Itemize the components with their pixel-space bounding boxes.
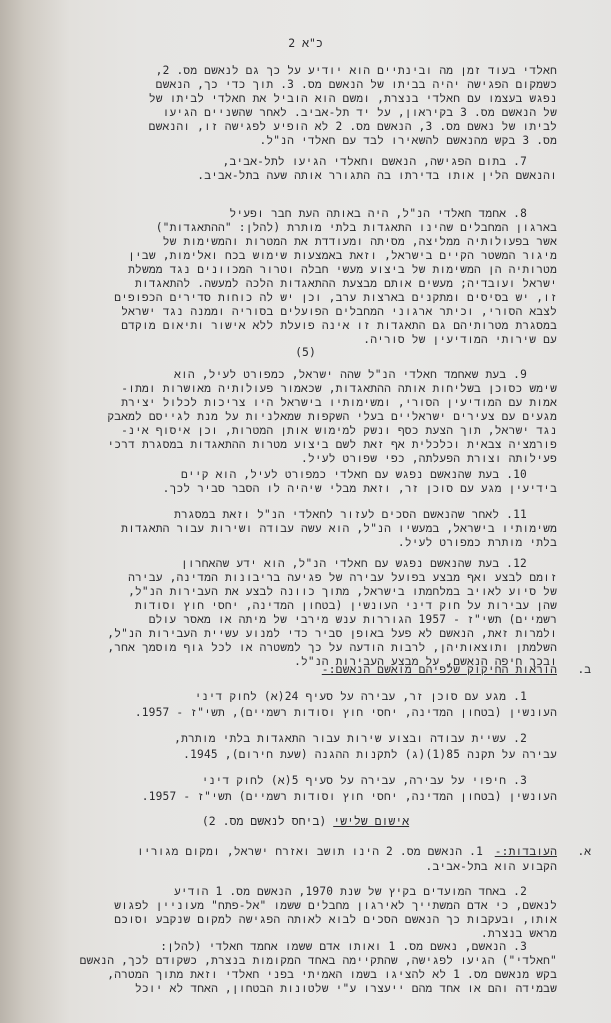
paragraph-11-line: משימותיו בישראל, במעשיו הנ"ל, הוא עשה עב… bbox=[121, 522, 557, 536]
paragraph-12-line: רשמיים) תשי"ז - 1957 הגוררות ענש מירבי ש… bbox=[149, 613, 557, 627]
facts-item-3-line: בקש מנאשם מס. 1 לא להציגו בשמו האמיתי בפ… bbox=[107, 968, 557, 982]
facts-item-2-line: אותו, ובעקבות כך הנאשם הסכים לבוא לאותה … bbox=[114, 913, 557, 927]
paragraph-intro-line: חאלדי בעוד זמן מה ובינתיים הוא יודיע על … bbox=[156, 64, 557, 78]
paragraph-8-line: אשר בפעולותיה ממליצה, מסיתה ומעודדת את ה… bbox=[163, 235, 557, 249]
offense-item-line: 1. מגע עם סוכן זר, עבירה על סעיף 24(א) ל… bbox=[195, 690, 527, 704]
paragraph-intro-line: נפגש בעצמו עם חאלדי בנצרת, ומשם הוא הובי… bbox=[149, 92, 557, 106]
third-count-subtitle: (ביחס לנאשם מס. 2) bbox=[202, 814, 333, 828]
facts-item-2-line: לנאשם, כי אדם המשתייך לאירגון מחבלים ששמ… bbox=[114, 899, 557, 913]
paragraph-intro-line: לביתו של נאשם מס. 3, הנאשם מס. 2 לא הופי… bbox=[149, 120, 557, 134]
page-header-label: כ"א 2 bbox=[0, 36, 611, 51]
paragraph-7-line: והנאשם הלין אותו בדירתו בה התגורר אותה ש… bbox=[197, 169, 557, 183]
section-b-marker: ב. bbox=[578, 663, 591, 677]
paragraph-12-line: זומם לבצע ואף מבצע בפועל עבירה של פגיעה … bbox=[128, 571, 557, 585]
paragraph-9-line: נגד ישראל, תוך הצעת כסף ונשק למימוש אותן… bbox=[121, 424, 557, 438]
offense-item-line: עבירה על תקנה 85(1)(ג) לתקנות ההגנה (שעת… bbox=[183, 748, 557, 762]
paragraph-8-line: זו, יש בסיסים ומתקנים בארצות ערב, וכן יש… bbox=[114, 291, 557, 305]
paragraph-10-line: 10. בעת שהנאשם נפגש עם חאלדי כמפורט לעיל… bbox=[181, 468, 527, 482]
third-count-heading: אישום שלישי (ביחס לנאשם מס. 2) bbox=[0, 814, 611, 829]
paragraph-8-line: מיגור המשטר הקיים בישראל, וזאת באמצעות ש… bbox=[128, 249, 557, 263]
paragraph-8-line: בארגון המחבלים שהינו התאגדות בלתי מותרת … bbox=[156, 221, 557, 235]
paragraph-intro-line: מס. 3 בקש מהנאשם להשאירו לבד עם חאלדי הנ… bbox=[259, 134, 557, 148]
offense-item-line: העונשין (בטחון המדינה, יחסי חוץ וסודות ר… bbox=[135, 706, 557, 720]
paragraph-8-line: ישראל ועובדיה; מעשים אותם מבצעת ההתאגדות… bbox=[135, 277, 557, 291]
facts-item-3-line: שבמידה והם או אחד מהם ייעצרו ע"י שלטונות… bbox=[135, 982, 557, 996]
paragraph-9-line: מגעים עם צעירים ישראליים בעלי השקפות שמא… bbox=[107, 410, 557, 424]
paragraph-10-line: בידיעין מגע עם סוכן זר, וזאת מבלי שיהיה … bbox=[163, 482, 557, 496]
offense-item-line: 3. חיפוי על עבירה, עבירה על סעיף 5(א) לח… bbox=[202, 774, 527, 788]
offense-item-line: 2. עשיית עבודה ובצוע שירות עבור התאגדות … bbox=[174, 732, 527, 746]
paragraph-11-line: בלתי מותרת כמפורט לעיל. bbox=[398, 536, 557, 550]
paragraph-12-line: 12. בעת שהנאשם נפגש עם חאלדי הנ"ל, הוא י… bbox=[181, 557, 527, 571]
paragraph-9-line: פעילותה וצורת הפעלתה, כפי שפורט לעיל. bbox=[301, 452, 557, 466]
paragraph-intro-line: של הנאשם מס. 3 בקיראון, על יד תל-אביב. ל… bbox=[163, 106, 557, 120]
paragraph-9-line: אמות עם המודיעין הסורי, ומשימותיו בישראל… bbox=[121, 396, 557, 410]
third-count-title: אישום שלישי bbox=[333, 814, 409, 828]
paragraph-12-line: של סיוע לאויב במלחמתו בישראל, מתוך כוונה… bbox=[128, 585, 557, 599]
paragraph-8-line: במסגרת מטרותיהם גם התאגדות זו אינה פועלת… bbox=[121, 319, 557, 333]
paragraph-9-line: שימש כסוכן בשליחות אותה ההתאגדות, שכאמור… bbox=[121, 382, 557, 396]
page-number: (5) bbox=[0, 345, 611, 359]
paragraph-11-line: 11. לאחר שהנאשם הסכים לעזור לחאלדי הנ"ל … bbox=[174, 508, 527, 522]
facts-item-3-line: 3. הנאשם, נאשם מס. 1 ואותו אדם ששמו אחמד… bbox=[160, 940, 527, 954]
paragraph-9-line: פורמציה צבאית וכלכלית אף זאת לשם ביצוע מ… bbox=[107, 438, 557, 452]
facts-item-1-line: הקבוע הוא בתל-אביב. bbox=[426, 860, 557, 874]
document-page: כ"א 2 חאלדי בעוד זמן מה ובינתיים הוא יוד… bbox=[0, 0, 611, 1023]
paragraph-12-line: השלמתן ותוצאותיהן, לרבות הודעה על כך למש… bbox=[107, 641, 557, 655]
paragraph-8-line: מטרותיה הן המשימות של ביצוע מעשי חבלה וט… bbox=[128, 263, 557, 277]
paragraph-8-line: 8. אחמד חאלדי הנ"ל, היה באותה העת חבר ופ… bbox=[229, 207, 527, 221]
facts-label: העובדות:- bbox=[495, 845, 557, 859]
facts-item-2-line: מראש בנצרת. bbox=[481, 927, 557, 941]
paragraph-7-line: 7. בתום הפגישה, הנאשם וחאלדי הגיעו לתל-א… bbox=[223, 155, 527, 169]
paragraph-intro-line: כשמקום הפגישה יהיה בביתו של הנאשם מס. 3.… bbox=[156, 78, 557, 92]
facts-item-2-line: 2. באחד המועדים בקיץ של שנת 1970, הנאשם … bbox=[174, 885, 527, 899]
paragraph-12-line: ולמרות זאת, הנאשם לא פעל באופן סביר כדי … bbox=[107, 627, 557, 641]
offense-item-line: העונשין (בטחון המדינה, יחסי חוץ וסודות ר… bbox=[142, 790, 557, 804]
paragraph-9-line: 9. בעת שאחמד חאלדי הנ"ל שהה ישראל, כמפור… bbox=[174, 368, 527, 382]
section-b-heading: הוראות החיקוק שלפיהם מואשם הנאשם:- bbox=[322, 663, 557, 677]
facts-item-1-line: 1. הנאשם מס. 2 הינו תושב ואזרח ישראל, ומ… bbox=[137, 845, 483, 859]
paragraph-8-line: לצבא הסורי, וכיתר ארגוני המחבלים הפועלים… bbox=[121, 305, 557, 319]
paragraph-12-line: שהן עבירות על חוק דיני העונשין (בטחון המ… bbox=[135, 599, 557, 613]
section-a-marker: א. bbox=[578, 845, 591, 859]
facts-item-3-line: "חאלדי") הגיעו לפגישה, שהתקיימה באחד המק… bbox=[80, 954, 557, 968]
